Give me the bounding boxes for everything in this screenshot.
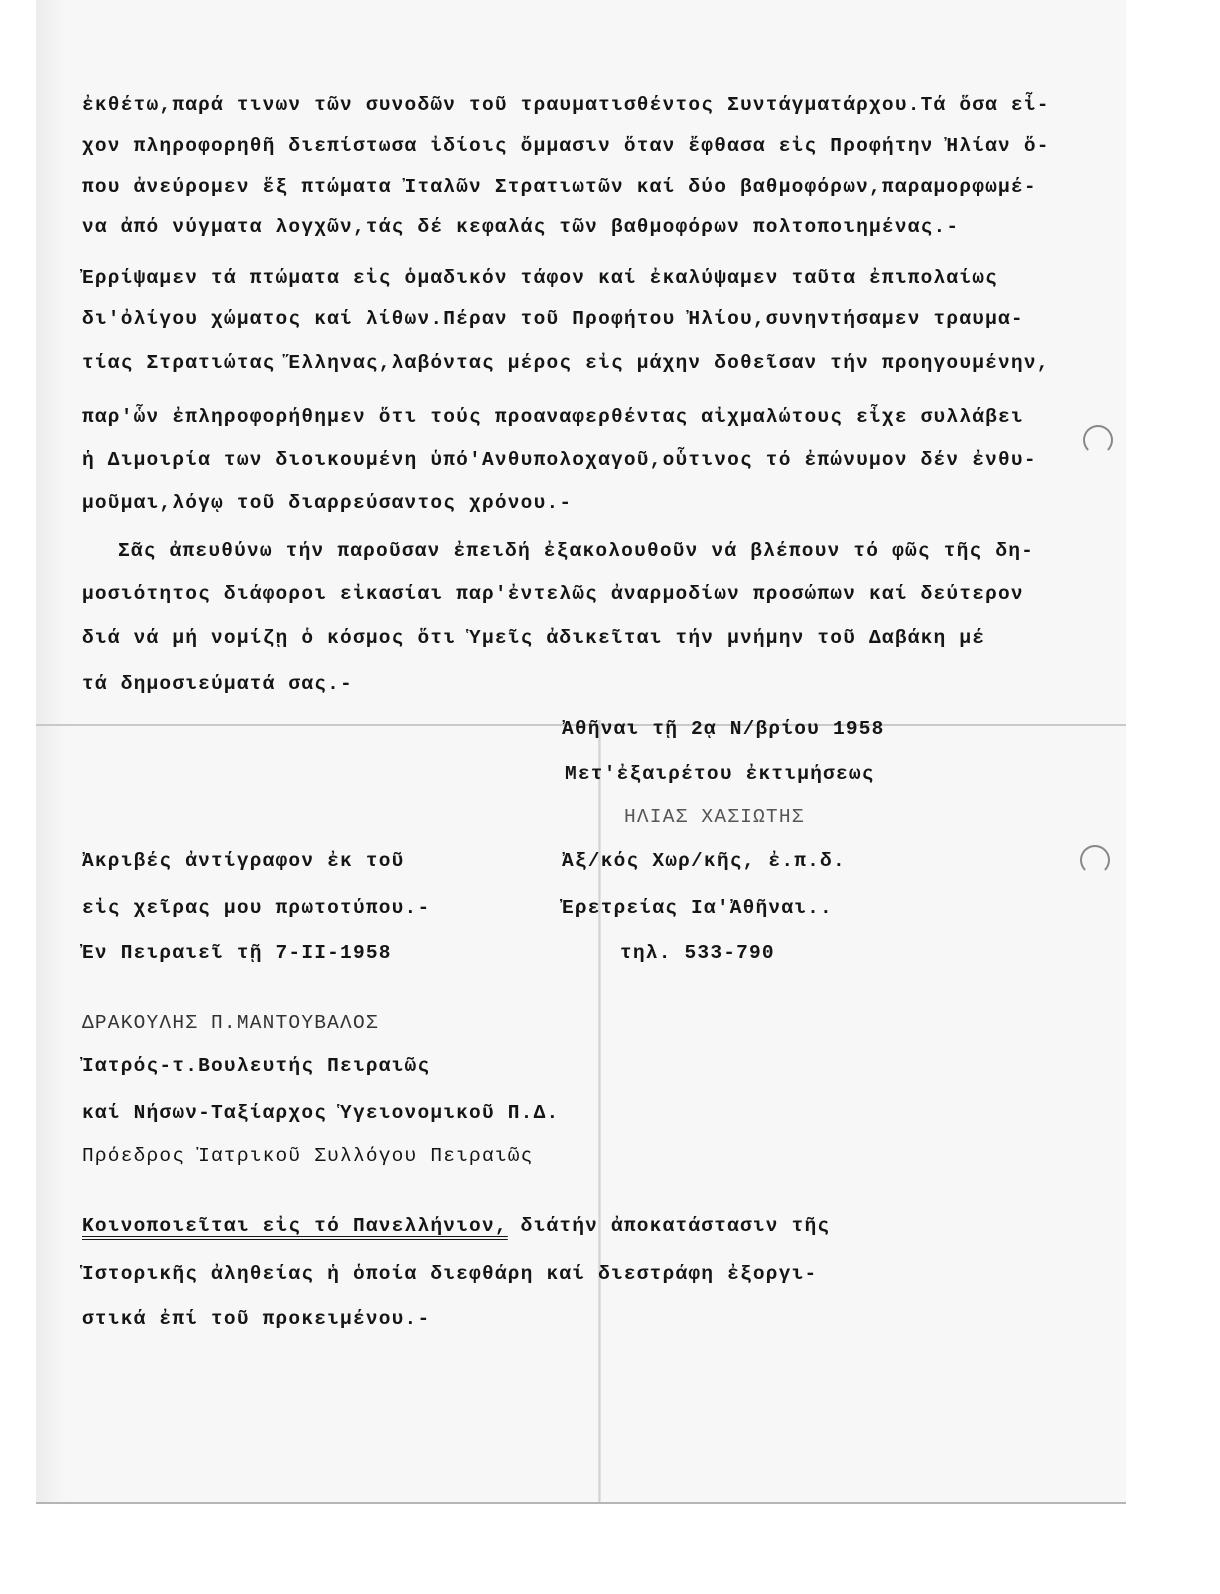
notice-text: διάτήν ἀποκατάστασιν τῆς: [508, 1215, 831, 1237]
body-line: μοῦμαι,λόγῳ τοῦ διαρρεύσαντος χρόνου.-: [82, 491, 572, 515]
body-line: διά νά μή νομίζῃ ὁ κόσμος ὅτι Ὑμεῖς ἀδικ…: [82, 626, 985, 650]
body-line: ἡ Διμοιρία των διοικουμένη ὑπό'Ανθυπολοχ…: [82, 448, 1037, 472]
certifier-role: καί Νήσων-Ταξίαρχος Ὑγειονομικοῦ Π.Δ.: [82, 1101, 559, 1125]
signatory-name: ΗΛΙΑΣ ΧΑΣΙΩΤΗΣ: [624, 805, 805, 829]
certifier-role: Ἰατρός-τ.Βουλευτής Πειραιῶς: [82, 1054, 430, 1078]
signatory-phone: τηλ. 533-790: [620, 941, 775, 965]
signatory-address: Ἐρετρείας Ια'Ἀθῆναι..: [562, 896, 833, 920]
closing-salutation: Μετ'ἐξαιρέτου ἐκτιμήσεως: [565, 762, 875, 786]
punch-hole-icon: [1080, 845, 1110, 875]
body-line: που ἀνεύρομεν ἕξ πτώματα Ἰταλῶν Στρατιωτ…: [82, 175, 1037, 199]
punch-hole-icon: [1083, 425, 1113, 455]
certification-line: Ἀκριβές ἀντίγραφον ἐκ τοῦ: [82, 849, 405, 873]
body-line: Ἐρρίψαμεν τά πτώματα εἰς ὁμαδικόν τάφον …: [82, 266, 998, 290]
notice-underlined: Κοινοποιεῖται εἰς τό Πανελλήνιον,: [82, 1215, 508, 1237]
signatory-title: Ἀξ/κός Χωρ/κῆς, ἐ.π.δ.: [562, 849, 846, 873]
fold-line-vertical: [598, 720, 601, 1502]
body-line: τά δημοσιεύματά σας.-: [82, 672, 353, 696]
body-line: μοσιότητος διάφοροι εἰκασίαι παρ'ἐντελῶς…: [82, 582, 1024, 606]
notice-line: Κοινοποιεῖται εἰς τό Πανελλήνιον, διάτήν…: [82, 1214, 830, 1238]
certifier-name: ΔΡΑΚΟΥΛΗΣ Π.ΜΑΝΤΟΥΒΑΛΟΣ: [82, 1011, 379, 1035]
body-line: δι'ὀλίγου χώματος καί λίθων.Πέραν τοῦ Πρ…: [82, 307, 1024, 331]
body-line: τίας Στρατιώτας Ἕλληνας,λαβόντας μέρος ε…: [82, 351, 1050, 375]
notice-line: στικά ἐπί τοῦ προκειμένου.-: [82, 1307, 430, 1331]
place-date: Ἀθῆναι τῇ 2ᾳ Ν/βρίου 1958: [562, 717, 885, 741]
body-line: παρ'ὧν ἐπληροφορήθημεν ὅτι τούς προαναφε…: [82, 405, 1024, 429]
body-line: χον πληροφορηθῆ διεπίστωσα ἰδίοις ὄμμασι…: [82, 134, 1050, 158]
body-line: να ἀπό νύγματα λογχῶν,τάς δέ κεφαλάς τῶν…: [82, 215, 959, 239]
notice-line: Ἱστορικῆς ἀληθείας ἡ ὁποία διεφθάρη καί …: [82, 1262, 817, 1286]
certification-line: εἰς χεῖρας μου πρωτοτύπου.-: [82, 896, 430, 920]
certification-date: Ἐν Πειραιεῖ τῇ 7-ΙΙ-1958: [82, 941, 392, 965]
body-line: Σᾶς ἀπευθύνω τήν παροῦσαν ἐπειδή ἐξακολο…: [118, 539, 1034, 563]
page-shadow: [36, 0, 66, 1502]
certifier-role: Πρόεδρος Ἰατρικοῦ Συλλόγου Πειραιῶς: [82, 1144, 534, 1168]
body-line: ἐκθέτω,παρά τινων τῶν συνοδῶν τοῦ τραυμα…: [82, 93, 1050, 117]
